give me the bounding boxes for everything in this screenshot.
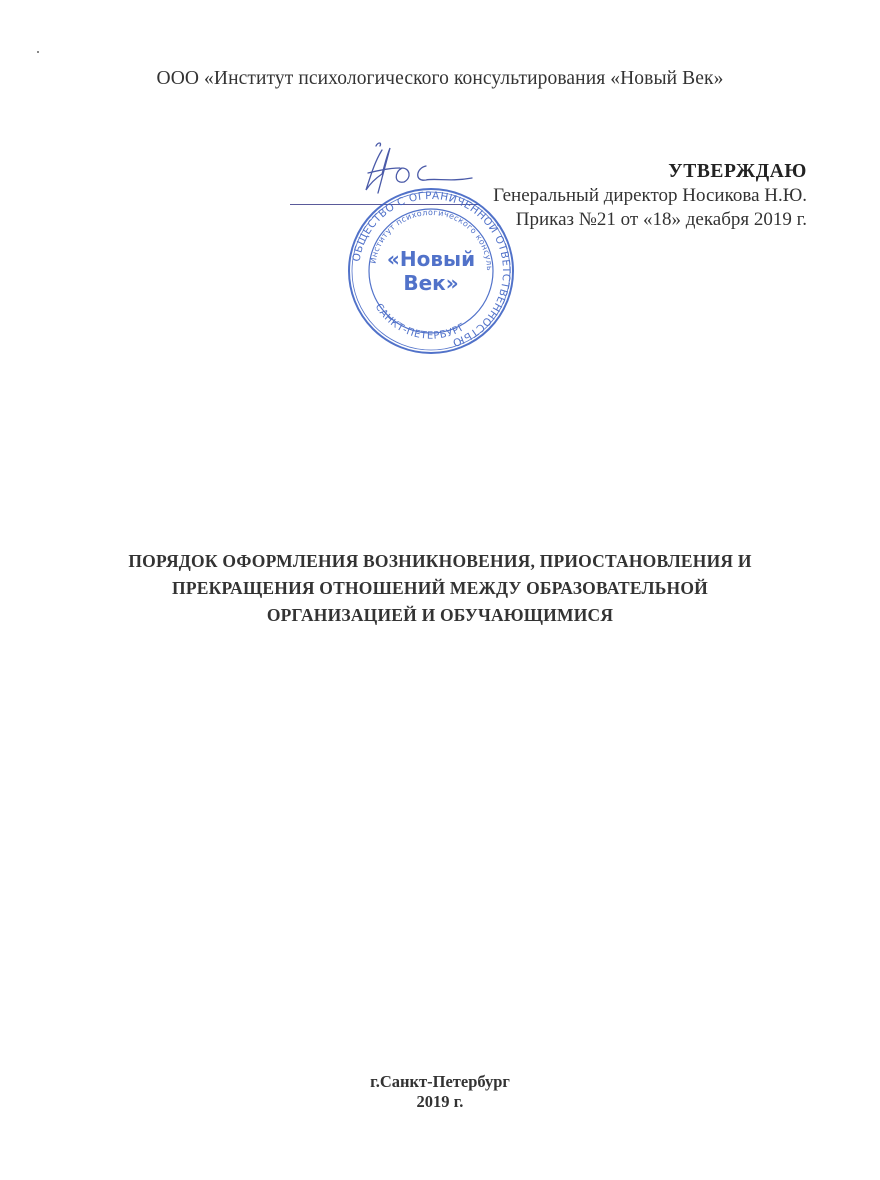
footer-year: 2019 г. [0,1092,880,1112]
footer: г.Санкт-Петербург 2019 г. [0,1072,880,1112]
title-line-3: ОРГАНИЗАЦИЕЙ И ОБУЧАЮЩИМИСЯ [0,602,880,629]
handwritten-signature-icon [360,138,480,208]
organization-name: ООО «Институт психологического консульти… [0,68,880,90]
svg-text:«Новый: «Новый [387,247,475,271]
stamp-seal-icon: ОБЩЕСТВО С ОГРАНИЧЕННОЙ ОТВЕТСТВЕННОСТЬЮ… [346,186,516,356]
approval-order: Приказ №21 от «18» декабря 2019 г. [493,208,807,232]
approval-block: УТВЕРЖДАЮ Генеральный директор Носикова … [493,160,807,232]
svg-text:САНКТ-ПЕТЕРБУРГ: САНКТ-ПЕТЕРБУРГ [373,302,468,342]
document-title: ПОРЯДОК ОФОРМЛЕНИЯ ВОЗНИКНОВЕНИЯ, ПРИОСТ… [0,548,880,629]
title-line-2: ПРЕКРАЩЕНИЯ ОТНОШЕНИЙ МЕЖДУ ОБРАЗОВАТЕЛЬ… [0,575,880,602]
svg-text:Век»: Век» [403,271,458,295]
footer-city: г.Санкт-Петербург [0,1072,880,1092]
scan-speck [37,51,39,53]
title-line-1: ПОРЯДОК ОФОРМЛЕНИЯ ВОЗНИКНОВЕНИЯ, ПРИОСТ… [0,548,880,575]
approval-signatory: Генеральный директор Носикова Н.Ю. [493,184,807,208]
approval-heading: УТВЕРЖДАЮ [493,160,807,184]
